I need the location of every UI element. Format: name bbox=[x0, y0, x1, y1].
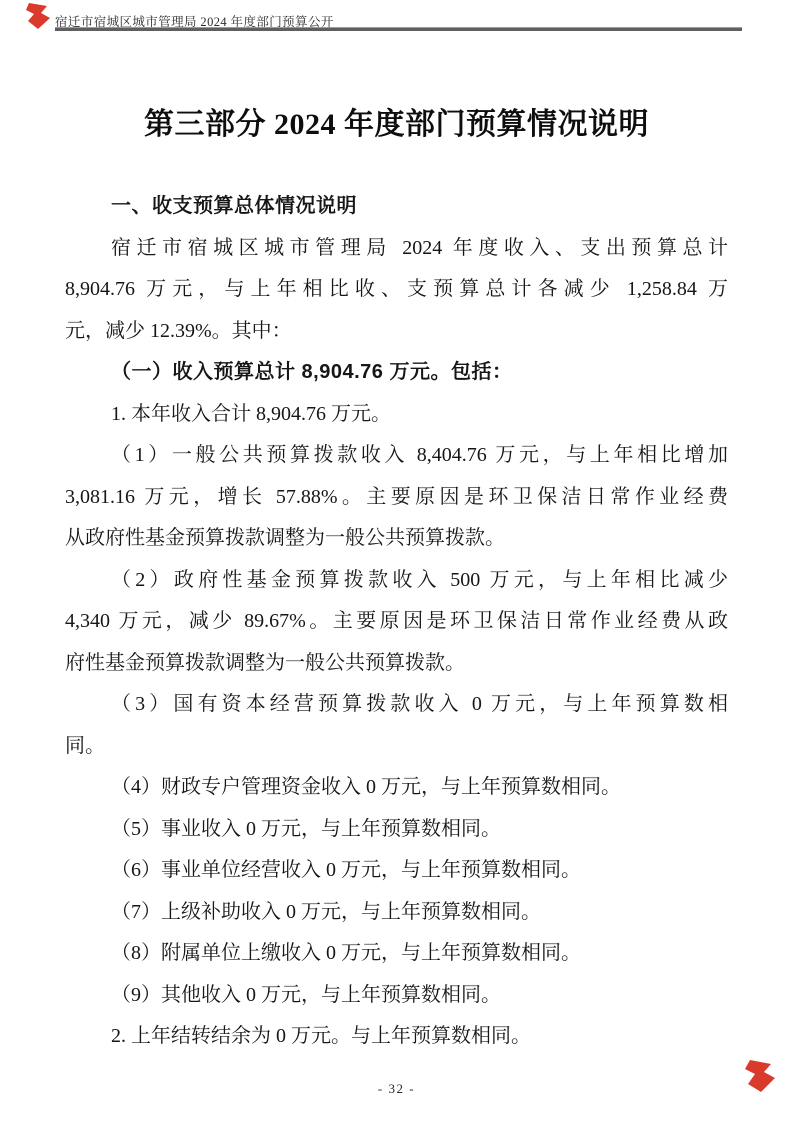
body-line: （3）国有资本经营预算拨款收入 0 万元，与上年预算数相 bbox=[65, 684, 728, 726]
body-line: （7）上级补助收入 0 万元，与上年预算数相同。 bbox=[65, 892, 728, 934]
body-line: （9）其他收入 0 万元，与上年预算数相同。 bbox=[65, 975, 728, 1017]
body-line: （一）收入预算总计 8,904.76 万元。包括： bbox=[65, 352, 728, 394]
body-line: （8）附属单位上缴收入 0 万元，与上年预算数相同。 bbox=[65, 933, 728, 975]
body-line: 3,081.16 万元，增长 57.88%。主要原因是环卫保洁日常作业经费 bbox=[65, 477, 728, 519]
body-line: 元，减少 12.39%。其中： bbox=[65, 311, 728, 353]
document-body: 一、收支预算总体情况说明 宿迁市宿城区城市管理局 2024 年度收入、支出预算总… bbox=[65, 186, 728, 1058]
body-line: 8,904.76 万元，与上年相比收、支预算总计各减少 1,258.84 万 bbox=[65, 269, 728, 311]
body-line: 宿迁市宿城区城市管理局 2024 年度收入、支出预算总计 bbox=[65, 228, 728, 270]
document-title: 第三部分 2024 年度部门预算情况说明 bbox=[0, 102, 793, 148]
body-line: 4,340 万元，减少 89.67%。主要原因是环卫保洁日常作业经费从政 bbox=[65, 601, 728, 643]
body-line: 府性基金预算拨款调整为一般公共预算拨款。 bbox=[65, 643, 728, 685]
body-line: 同。 bbox=[65, 726, 728, 768]
body-line: 2. 上年结转结余为 0 万元。与上年预算数相同。 bbox=[65, 1016, 728, 1058]
body-line: 从政府性基金预算拨款调整为一般公共预算拨款。 bbox=[65, 518, 728, 560]
red-corner-mark-top-left bbox=[26, 3, 50, 29]
header-rule bbox=[55, 27, 742, 31]
page-number: - 32 - bbox=[378, 1081, 415, 1096]
body-line: （1）一般公共预算拨款收入 8,404.76 万元，与上年相比增加 bbox=[65, 435, 728, 477]
body-line: （4）财政专户管理资金收入 0 万元，与上年预算数相同。 bbox=[65, 767, 728, 809]
document-page: 宿迁市宿城区城市管理局 2024 年度部门预算公开 第三部分 2024 年度部门… bbox=[0, 0, 793, 1122]
section-heading: 一、收支预算总体情况说明 bbox=[65, 186, 728, 228]
body-line: （5）事业收入 0 万元，与上年预算数相同。 bbox=[65, 809, 728, 851]
body-line: （6）事业单位经营收入 0 万元，与上年预算数相同。 bbox=[65, 850, 728, 892]
body-line: （2）政府性基金预算拨款收入 500 万元，与上年相比减少 bbox=[65, 560, 728, 602]
red-corner-mark-bottom-right bbox=[745, 1060, 775, 1092]
body-line: 1. 本年收入合计 8,904.76 万元。 bbox=[65, 394, 728, 436]
page-footer: - 32 - bbox=[0, 1081, 793, 1097]
